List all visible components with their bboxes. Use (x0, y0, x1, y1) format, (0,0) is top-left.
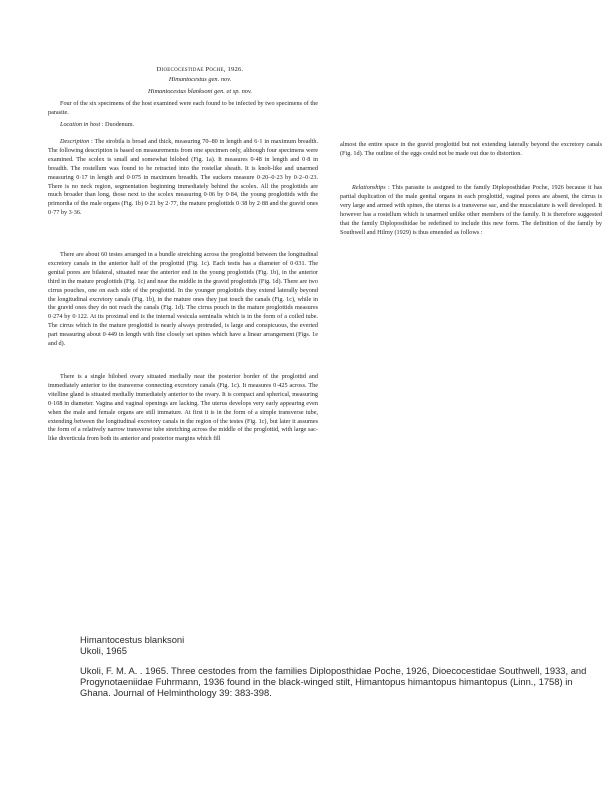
taxon-authority: Ukoli, 1965 (80, 645, 600, 656)
species-heading: Himantocestus blanksoni gen. et sp. nov. (60, 88, 340, 97)
relationships-paragraph: Relationships : This parasite is assigne… (340, 184, 602, 237)
location-label: Location in host (60, 121, 100, 128)
taxon-name: Himantocestus blanksoni (80, 634, 600, 645)
location-paragraph: Location in host : Duodenum. (48, 121, 318, 130)
location-value: : Duodenum. (102, 121, 134, 128)
genus-heading: Himantocestus gen. nov. (60, 76, 340, 85)
testes-paragraph: There are about 60 testes arranged in a … (48, 251, 318, 349)
relationships-text: : This parasite is assigned to the famil… (340, 184, 602, 236)
continuation-paragraph: almost the entire space in the gravid pr… (340, 141, 602, 159)
description-text: : The strobila is broad and thick, measu… (48, 138, 318, 216)
relationships-label: Relationships (352, 184, 386, 191)
bibliographic-reference: Ukoli, F. M. A. . 1965. Three cestodes f… (80, 665, 600, 699)
description-label: Description (60, 138, 89, 145)
ovary-paragraph: There is a single bilobed ovary situated… (48, 373, 318, 444)
description-paragraph: Description : The strobila is broad and … (48, 138, 318, 218)
intro-paragraph: Four of the six specimens of the host ex… (48, 100, 318, 118)
family-heading: Dioecocestidae Poche, 1926. (60, 66, 340, 75)
